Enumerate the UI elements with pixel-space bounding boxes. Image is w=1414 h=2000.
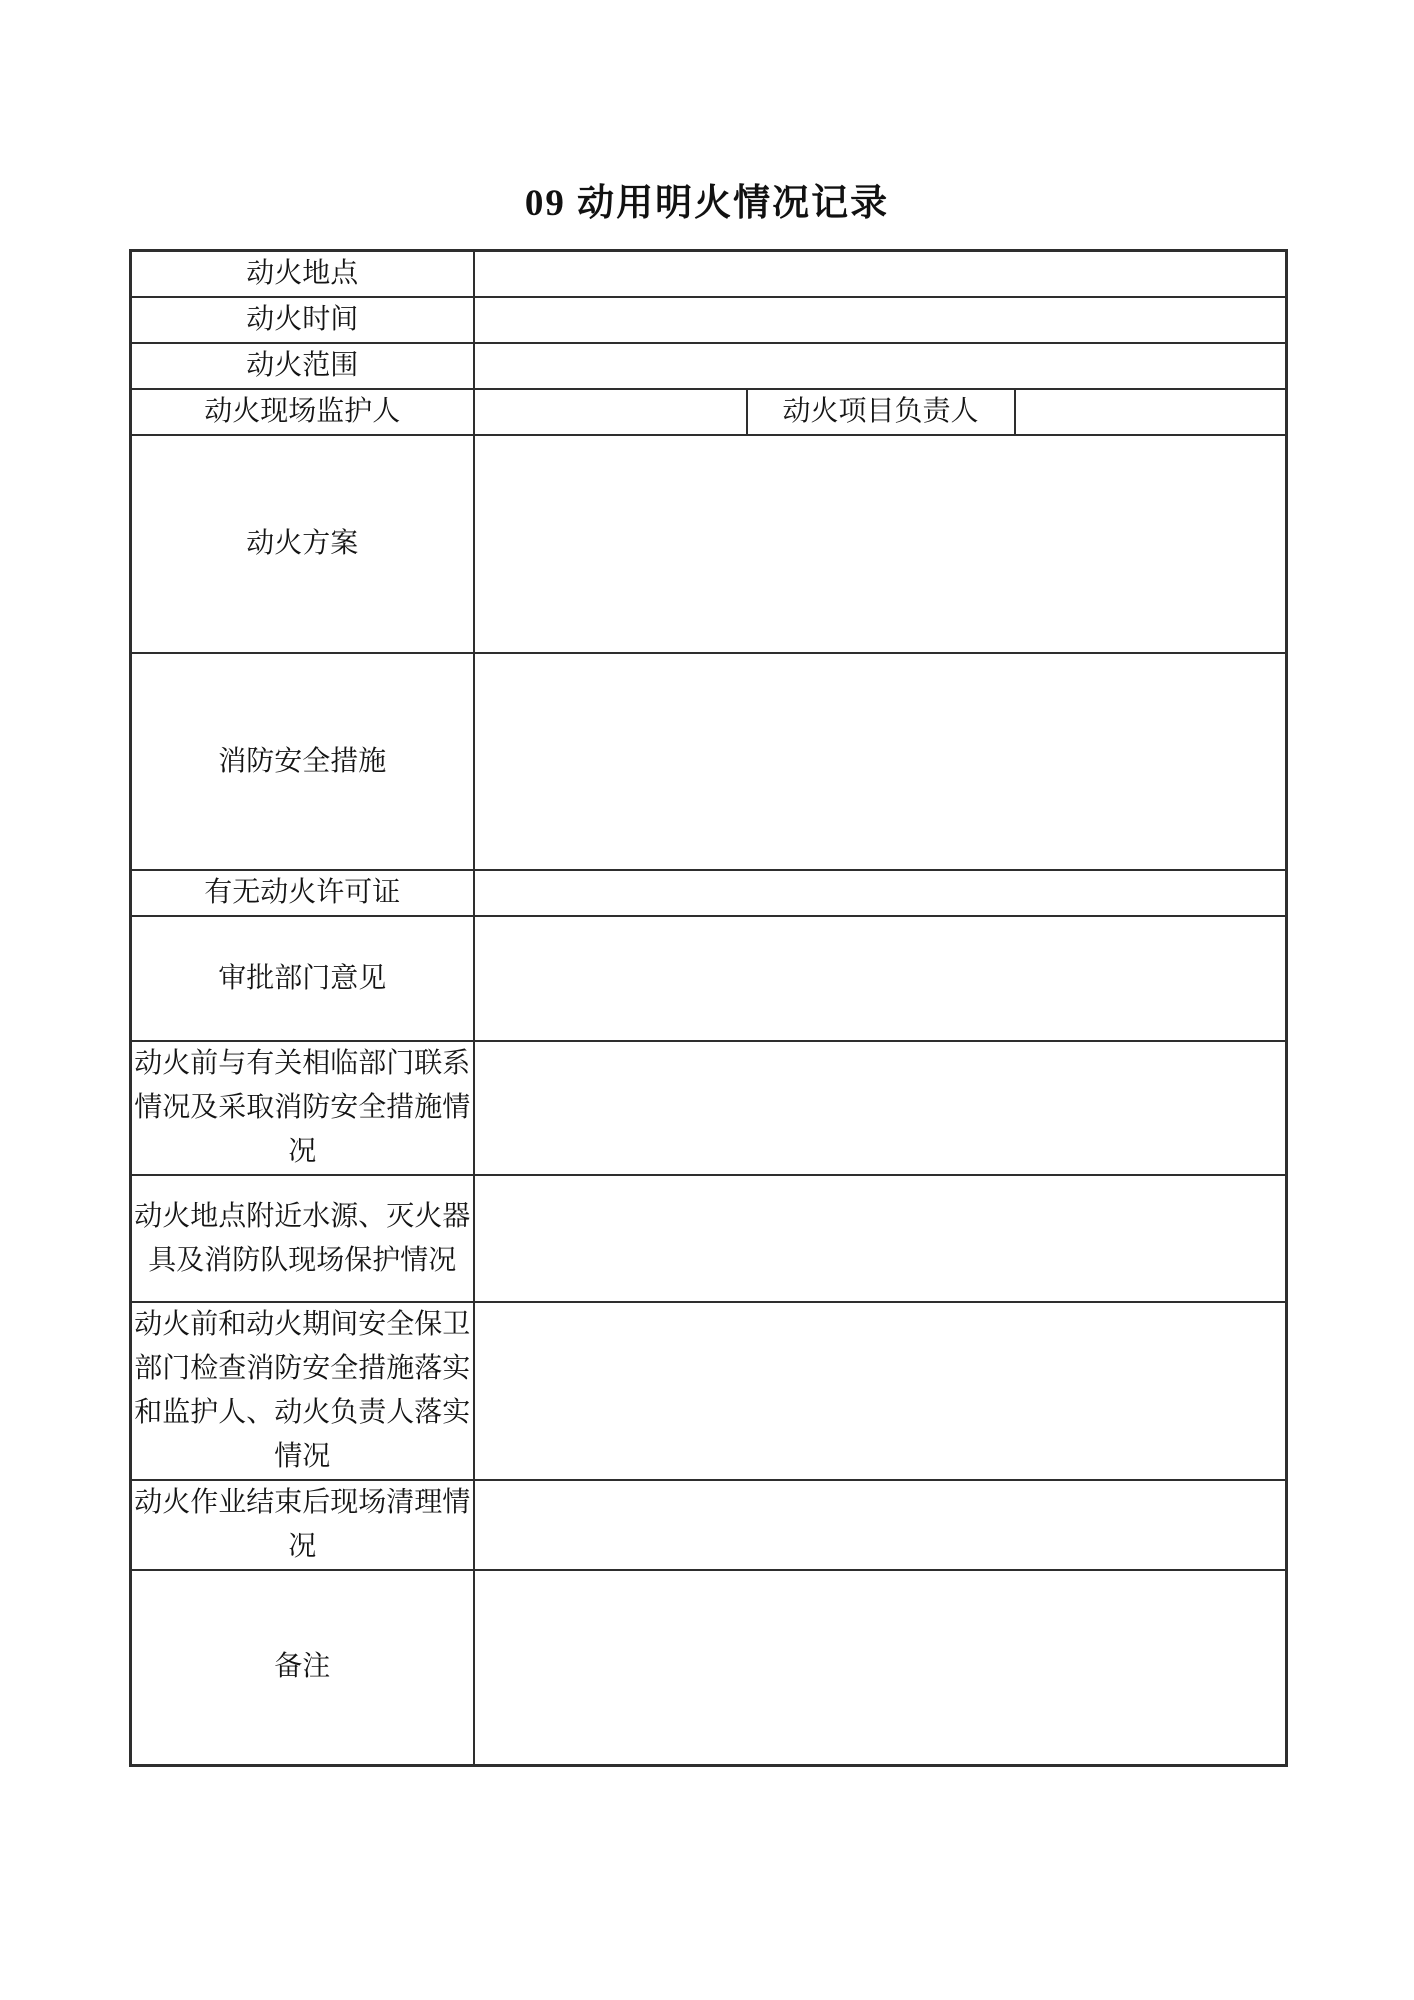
fire-plan-label: 动火方案 [131,435,474,653]
row-pre-fire-liaison: 动火前与有关相临部门联系情况及采取消防安全措施情况 [131,1041,1287,1175]
remarks-label: 备注 [131,1570,474,1765]
row-remarks: 备注 [131,1570,1287,1765]
site-guardian-label: 动火现场监护人 [131,389,474,435]
fire-permit-label: 有无动火许可证 [131,870,474,916]
project-leader-label: 动火项目负责人 [747,389,1015,435]
row-fire-safety-measures: 消防安全措施 [131,653,1287,870]
post-fire-cleanup-value-cell [474,1480,1287,1570]
fire-safety-measures-label: 消防安全措施 [131,653,474,870]
fire-time-label: 动火时间 [131,297,474,343]
approval-opinion-value-cell [474,916,1287,1041]
row-fire-permit: 有无动火许可证 [131,870,1287,916]
pre-fire-liaison-value-cell [474,1041,1287,1175]
remarks-value-cell [474,1570,1287,1765]
fire-location-value-cell [474,251,1287,298]
site-guardian-value-cell [474,389,747,435]
row-fire-scope: 动火范围 [131,343,1287,389]
fire-permit-value-cell [474,870,1287,916]
post-fire-cleanup-label: 动火作业结束后现场清理情况 [131,1480,474,1570]
approval-opinion-label: 审批部门意见 [131,916,474,1041]
fire-location-label: 动火地点 [131,251,474,298]
fire-time-value-cell [474,297,1287,343]
page-title: 09 动用明火情况记录 [0,172,1414,226]
row-guardian-and-leader: 动火现场监护人 动火项目负责人 [131,389,1287,435]
project-leader-value-cell [1015,389,1287,435]
document-page: 09 动用明火情况记录 动火地点 动火时间 动火范围 动火现场监护人 [0,0,1414,2000]
nearby-water-sources-value-cell [474,1175,1287,1302]
nearby-water-sources-label: 动火地点附近水源、灭火器具及消防队现场保护情况 [131,1175,474,1302]
fire-safety-measures-value-cell [474,653,1287,870]
row-security-dept-check: 动火前和动火期间安全保卫部门检查消防安全措施落实和监护人、动火负责人落实情况 [131,1302,1287,1480]
row-nearby-water-sources: 动火地点附近水源、灭火器具及消防队现场保护情况 [131,1175,1287,1302]
row-fire-time: 动火时间 [131,297,1287,343]
record-table: 动火地点 动火时间 动火范围 动火现场监护人 动火项目负责人 动火方案 [129,249,1288,1767]
row-fire-plan: 动火方案 [131,435,1287,653]
fire-scope-value-cell [474,343,1287,389]
row-post-fire-cleanup: 动火作业结束后现场清理情况 [131,1480,1287,1570]
fire-plan-value-cell [474,435,1287,653]
fire-scope-label: 动火范围 [131,343,474,389]
security-dept-check-label: 动火前和动火期间安全保卫部门检查消防安全措施落实和监护人、动火负责人落实情况 [131,1302,474,1480]
row-approval-opinion: 审批部门意见 [131,916,1287,1041]
pre-fire-liaison-label: 动火前与有关相临部门联系情况及采取消防安全措施情况 [131,1041,474,1175]
row-fire-location: 动火地点 [131,251,1287,298]
security-dept-check-value-cell [474,1302,1287,1480]
